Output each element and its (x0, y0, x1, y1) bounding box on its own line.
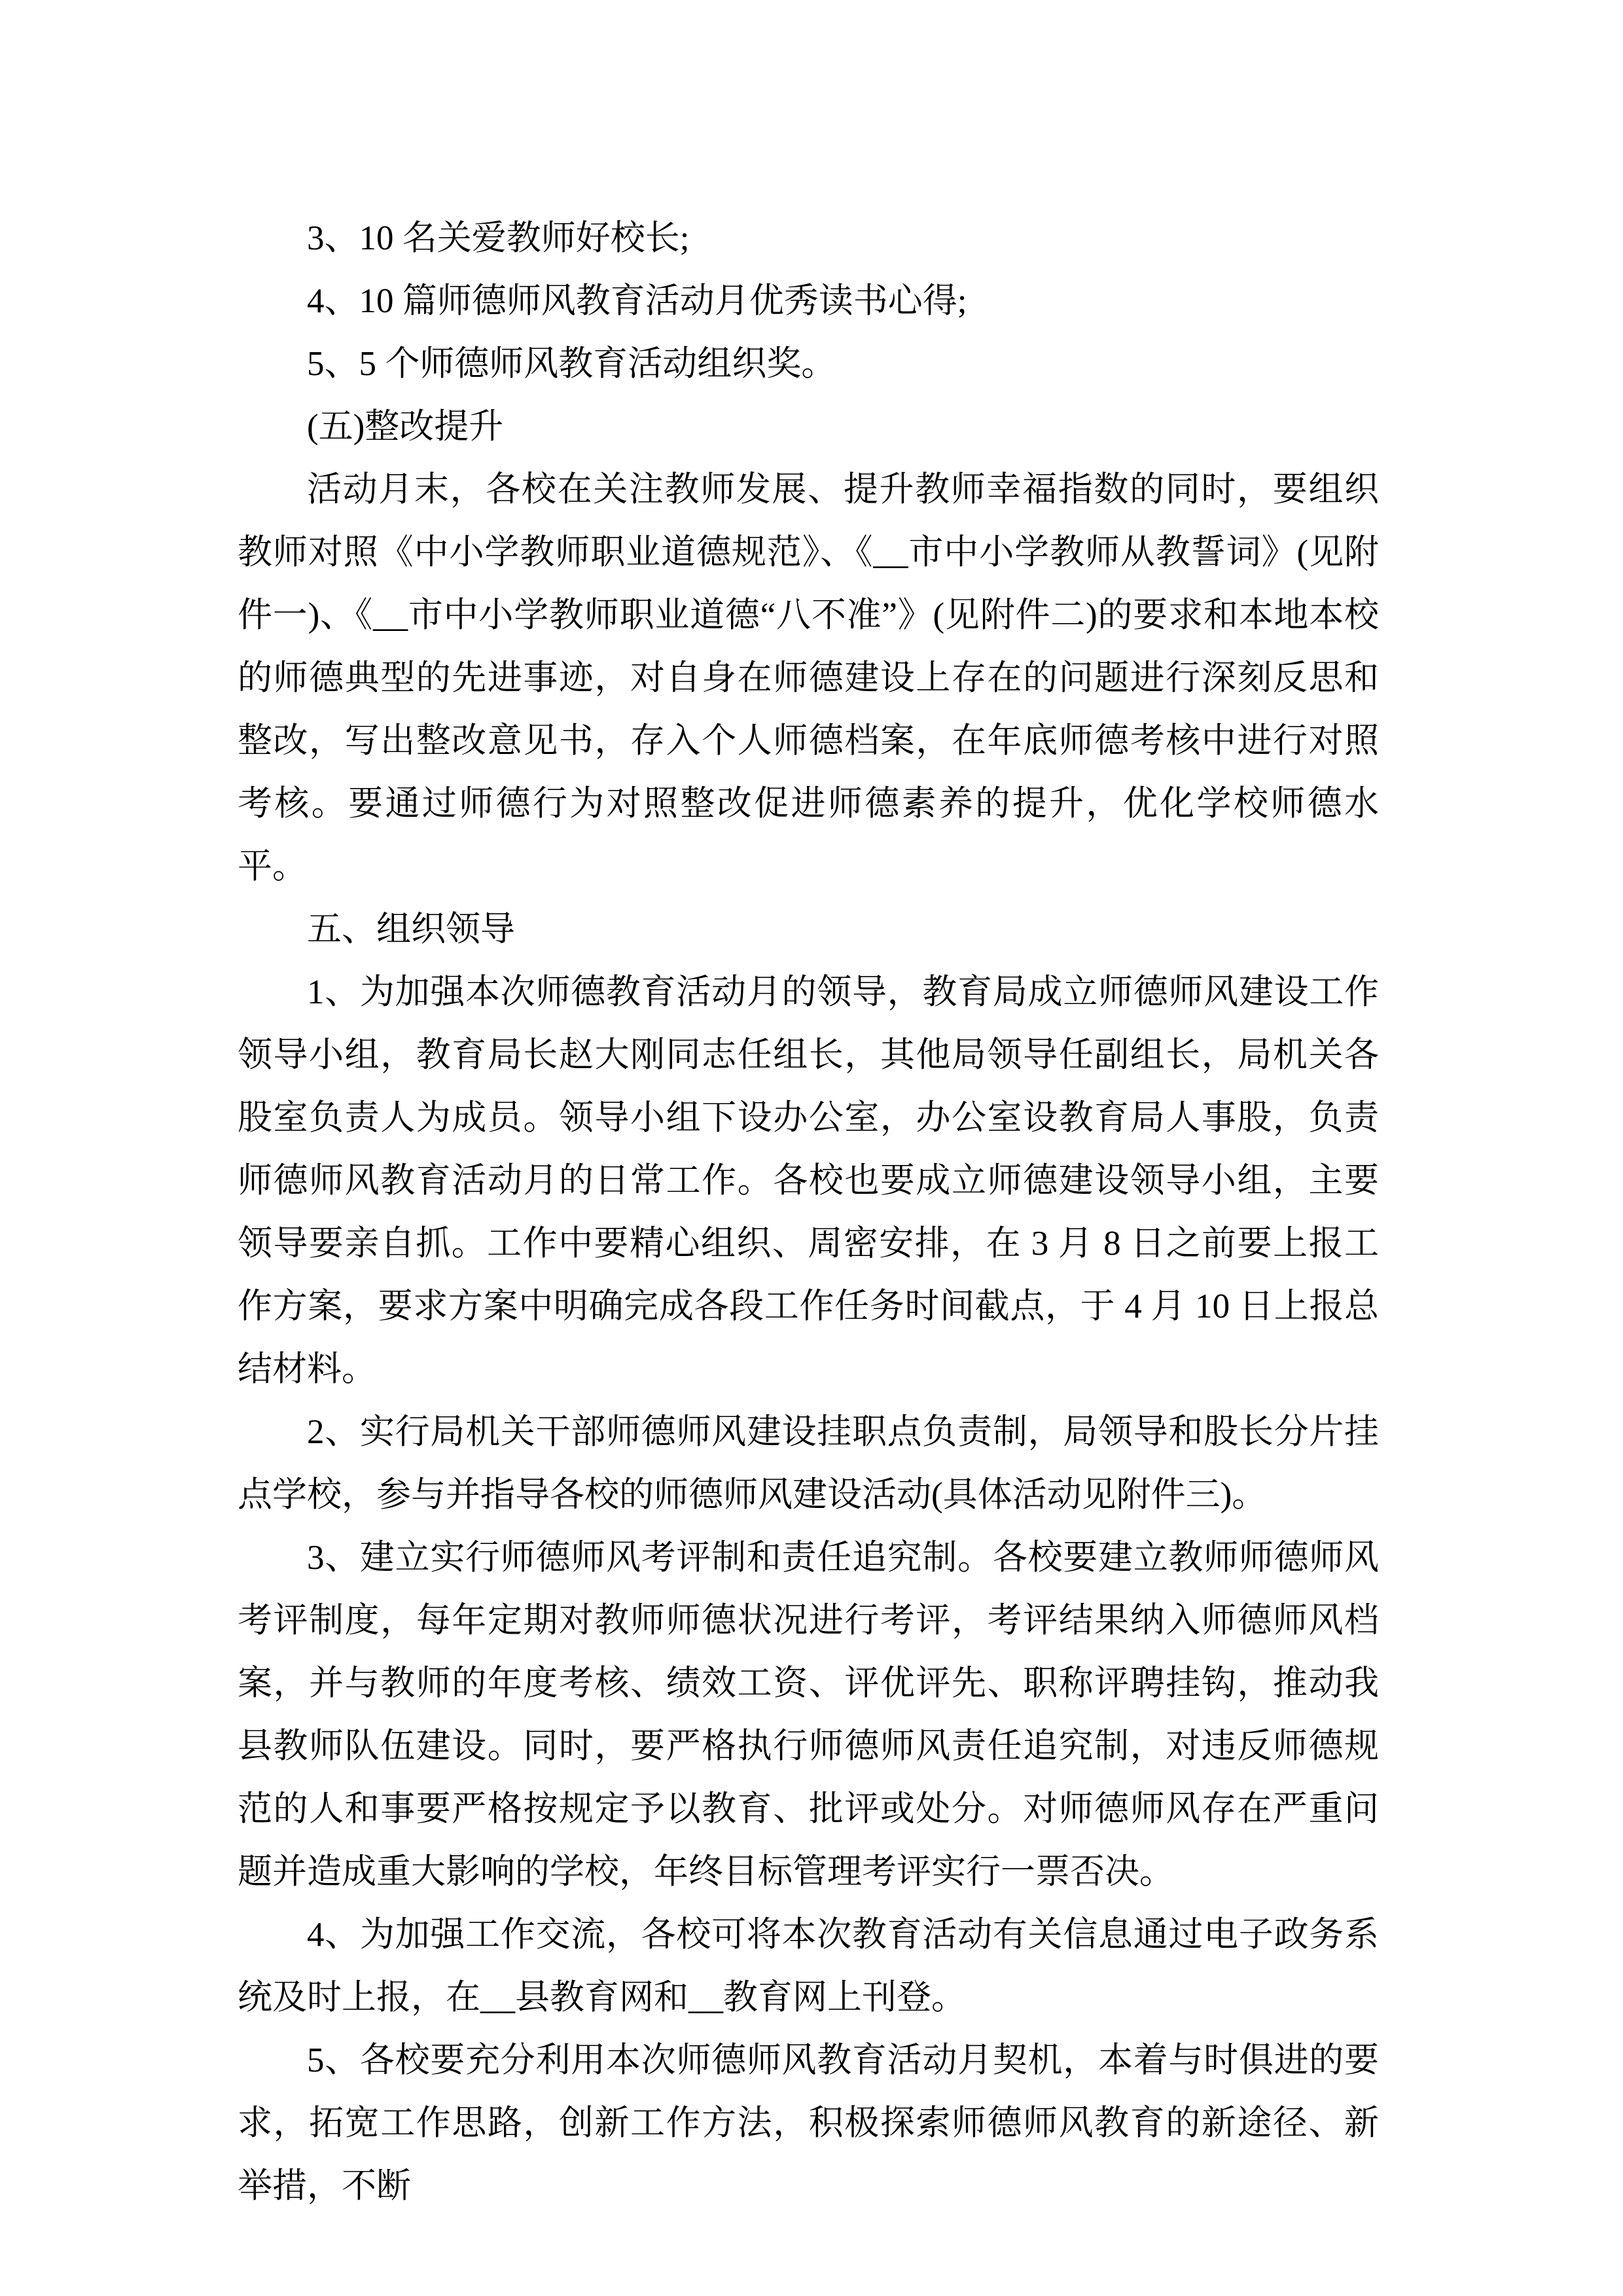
paragraph: 3、建立实行师德师风考评制和责任追究制。各校要建立教师师德师风考评制度，每年定期… (238, 1526, 1379, 1903)
paragraph: 活动月末，各校在关注教师发展、提升教师幸福指数的同时，要组织教师对照《中小学教师… (238, 458, 1379, 898)
document-page: 3、10 名关爱教师好校长;4、10 篇师德师风教育活动月优秀读书心得;5、5 … (0, 0, 1623, 2296)
paragraph: 2、实行局机关干部师德师风建设挂职点负责制，局领导和股长分片挂点学校，参与并指导… (238, 1401, 1379, 1526)
paragraph: 1、为加强本次师德教育活动月的领导，教育局成立师德师风建设工作领导小组，教育局长… (238, 961, 1379, 1401)
paragraph: 5、各校要充分利用本次师德师风教育活动月契机，本着与时俱进的要求，拓宽工作思路，… (238, 2029, 1379, 2217)
paragraph: 4、为加强工作交流，各校可将本次教育活动有关信息通过电子政务系统及时上报，在__… (238, 1903, 1379, 2029)
paragraph: 3、10 名关爱教师好校长; (238, 207, 1379, 270)
paragraph: 五、组织领导 (238, 898, 1379, 961)
paragraph: 5、5 个师德师风教育活动组织奖。 (238, 332, 1379, 395)
document-body: 3、10 名关爱教师好校长;4、10 篇师德师风教育活动月优秀读书心得;5、5 … (238, 207, 1379, 2217)
paragraph: 4、10 篇师德师风教育活动月优秀读书心得; (238, 270, 1379, 332)
paragraph: (五)整改提升 (238, 395, 1379, 458)
